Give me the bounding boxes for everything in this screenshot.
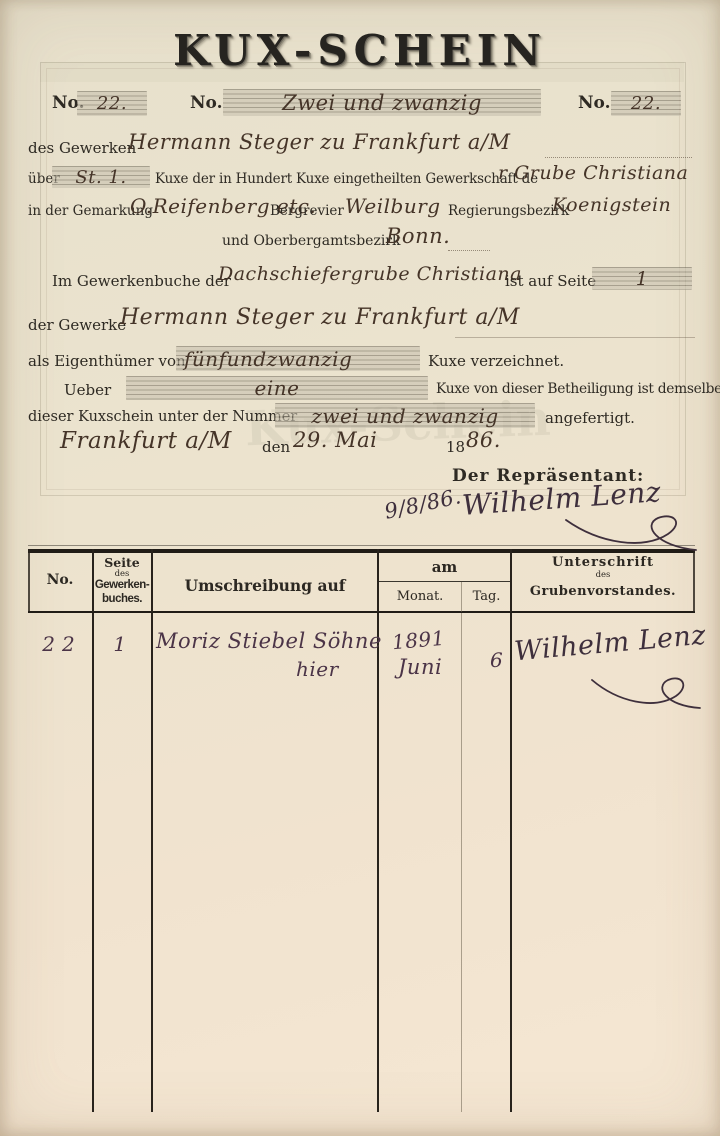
den-label: den	[262, 438, 290, 456]
kuxe-anzahl-value: fünfundzwanzig	[184, 347, 352, 371]
des-gewerken-label: des Gewerken	[28, 139, 136, 157]
regierungsbezirk-value: Koenigstein	[552, 194, 671, 216]
no-label-right: No.	[578, 93, 611, 113]
oberbergamtsbezirk-value: Bonn.	[386, 224, 450, 248]
gewerkschaft-name-value: r Grube Christiana	[498, 162, 688, 184]
no-value-left: 22.	[97, 93, 127, 114]
col-line-unterschrift-body	[510, 613, 512, 1112]
ueber2-label: Ueber	[64, 381, 111, 399]
bergrevier-value: Weilburg	[345, 194, 441, 218]
kux-schein-certificate: Kux-Schein KUX-SCHEIN No. 22. No. Zwei u…	[0, 0, 720, 1136]
seite-field: 1	[592, 267, 692, 290]
owner-name-value: Hermann Steger zu Frankfurt a/M	[128, 130, 510, 154]
header-tag: Tag.	[462, 589, 511, 604]
jahr-suffix-value: 86.	[466, 428, 501, 452]
row-unterschrift-signature: Wilhelm Lenz	[513, 620, 707, 668]
row-no: 22	[36, 632, 88, 656]
header-umschreibung: Umschreibung auf	[152, 576, 378, 595]
header-seite: Seite	[93, 555, 151, 570]
col-line-am-body	[377, 613, 379, 1112]
jahr-prefix: 18	[446, 438, 465, 456]
col-line-seite-body	[151, 613, 153, 1112]
header-am: am	[378, 558, 511, 576]
gewerkenbuch-label: Im Gewerkenbuche der	[52, 272, 231, 290]
document-title: KUX-SCHEIN	[0, 26, 720, 75]
dotted-rule-owner	[545, 157, 692, 158]
am-subdivider-rule	[379, 581, 511, 582]
ueber2-field: eine	[126, 376, 428, 400]
kuxe-sentence: Kuxe der in Hundert Kuxe eingetheilten G…	[155, 171, 538, 187]
table-header-bottom-rule	[28, 611, 695, 613]
nummer-label: dieser Kuxschein unter der Nummer	[28, 409, 297, 425]
ueber-field: St. 1.	[52, 166, 150, 188]
row-monat: Juni	[398, 655, 442, 679]
header-monat: Monat.	[378, 589, 462, 604]
seite-value: 1	[636, 268, 649, 290]
gewerke-name-value: Hermann Steger zu Frankfurt a/M	[120, 305, 520, 330]
col-line-no-body	[92, 613, 94, 1112]
header-gewerkenbuch-1: Gewerken-	[93, 579, 151, 591]
no-field-left: 22.	[77, 91, 147, 116]
verzeichnet-label: Kuxe verzeichnet.	[428, 352, 564, 370]
eigenthuemer-label: als Eigenthümer von	[28, 352, 186, 370]
no-value-right: 22.	[631, 93, 661, 114]
no-field-center: Zwei und zwanzig	[223, 89, 541, 116]
signature-flourish	[560, 510, 710, 558]
angefertigt-label: angefertigt.	[545, 409, 635, 427]
header-no: No.	[28, 572, 92, 588]
header-unterschrift-des: des	[511, 570, 695, 580]
faint-rule-gewerke	[455, 337, 695, 338]
oberbergamtsbezirk-label: und Oberbergamtsbezirk	[222, 233, 400, 249]
ueber-value: St. 1.	[75, 167, 126, 188]
no-label-center: No.	[190, 93, 223, 113]
no-field-right: 22.	[611, 91, 681, 116]
row-umschreibung-line2: hier	[296, 657, 339, 681]
datum-value: 29. Mai	[293, 428, 377, 452]
seite-label: ist auf Seite	[505, 272, 596, 290]
gewerke-label: der Gewerke	[28, 316, 126, 334]
nummer-value: zwei und zwanzig	[311, 404, 498, 428]
col-line-monat-tag-body	[461, 613, 462, 1112]
row-signature-flourish	[588, 672, 708, 718]
ausstellungsort-value: Frankfurt a/M	[60, 428, 232, 454]
row-umschreibung-line1: Moriz Stiebel Söhne	[156, 629, 382, 653]
no-value-center: Zwei und zwanzig	[282, 91, 482, 115]
row-seite: 1	[100, 632, 140, 656]
kuxe-anzahl-field: fünfundzwanzig	[176, 346, 420, 371]
header-seite-des: des	[93, 569, 151, 579]
bergrevier-label: Bergrevier	[270, 203, 344, 219]
ueber2-value: eine	[255, 376, 300, 400]
row-jahr: 1891	[391, 626, 446, 655]
nummer-field: zwei und zwanzig	[275, 403, 535, 428]
dotted-rule-bonn	[448, 250, 490, 251]
header-gewerkenbuch-2: buches.	[93, 593, 151, 605]
header-grubenvorstand: Grubenvorstandes.	[511, 584, 695, 599]
row-tag: 6	[490, 648, 503, 672]
betheiligung-text: Kuxe von dieser Betheiligung ist demselb…	[436, 381, 720, 397]
grube-name-value: Dachschiefergrube Christiana	[218, 263, 522, 285]
